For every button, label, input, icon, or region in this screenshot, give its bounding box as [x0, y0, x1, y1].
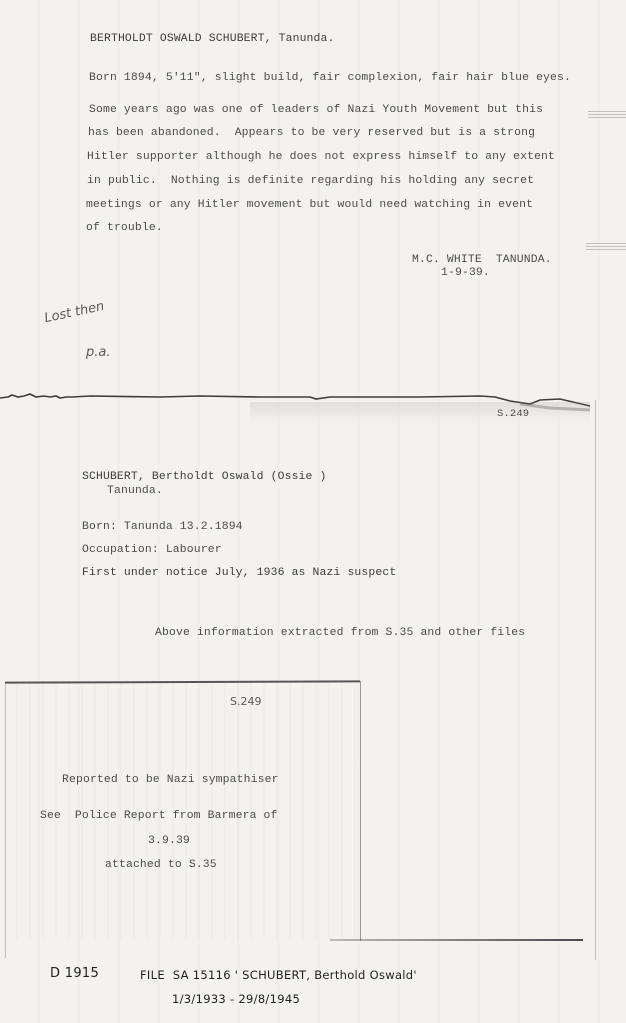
report-body-line: Hitler supporter although he does not ex… — [87, 151, 555, 163]
report-body-line: has been abandoned. Appears to be very r… — [88, 127, 535, 139]
card-born: Born: Tanunda 13.2.1894 — [82, 521, 243, 533]
lower-card-line: attached to S.35 — [105, 859, 217, 871]
handwritten-file-ref: S.249 — [230, 695, 261, 708]
card-border-bottom — [330, 939, 583, 941]
scanned-document-page: BERTHOLDT OSWALD SCHUBERT, Tanunda. Born… — [0, 0, 626, 1023]
lower-card-line: See Police Report from Barmera of — [40, 810, 278, 822]
file-reference: S.249 — [497, 408, 529, 420]
report-signature: M.C. WHITE TANUNDA. — [412, 254, 552, 266]
scan-artifact — [586, 242, 626, 250]
archive-label-id: D 1915 — [50, 966, 99, 981]
card-occupation: Occupation: Labourer — [82, 544, 222, 556]
card-source-note: Above information extracted from S.35 an… — [155, 627, 525, 639]
report-body-line: Some years ago was one of leaders of Naz… — [89, 104, 543, 116]
report-description: Born 1894, 5'11", slight build, fair com… — [89, 72, 571, 84]
report-date: 1-9-39. — [441, 267, 490, 279]
scan-artifact — [588, 110, 626, 118]
lower-card-line: 3.9.39 — [148, 835, 190, 847]
card-town: Tanunda. — [107, 485, 163, 497]
scan-shadow — [250, 402, 590, 424]
card-edge — [595, 400, 596, 960]
report-body-line: in public. Nothing is definite regarding… — [87, 175, 534, 187]
handwritten-margin-initials: p.a. — [86, 345, 110, 360]
report-heading: BERTHOLDT OSWALD SCHUBERT, Tanunda. — [90, 33, 335, 45]
card-border-left — [5, 683, 6, 958]
archive-label-file: FILE SA 15116 ' SCHUBERT, Berthold Oswal… — [140, 968, 417, 982]
report-body-line: meetings or any Hitler movement but woul… — [86, 199, 533, 211]
card-border-right — [360, 681, 361, 941]
lower-card-line: Reported to be Nazi sympathiser — [62, 774, 279, 786]
archive-label-dates: 1/3/1933 - 29/8/1945 — [172, 992, 300, 1006]
card-name-line: SCHUBERT, Bertholdt Oswald (Ossie ) — [82, 471, 327, 483]
report-body-line: of trouble. — [86, 222, 163, 234]
handwritten-margin-note: Lost then — [43, 299, 106, 326]
card-first-notice: First under notice July, 1936 as Nazi su… — [82, 567, 396, 579]
